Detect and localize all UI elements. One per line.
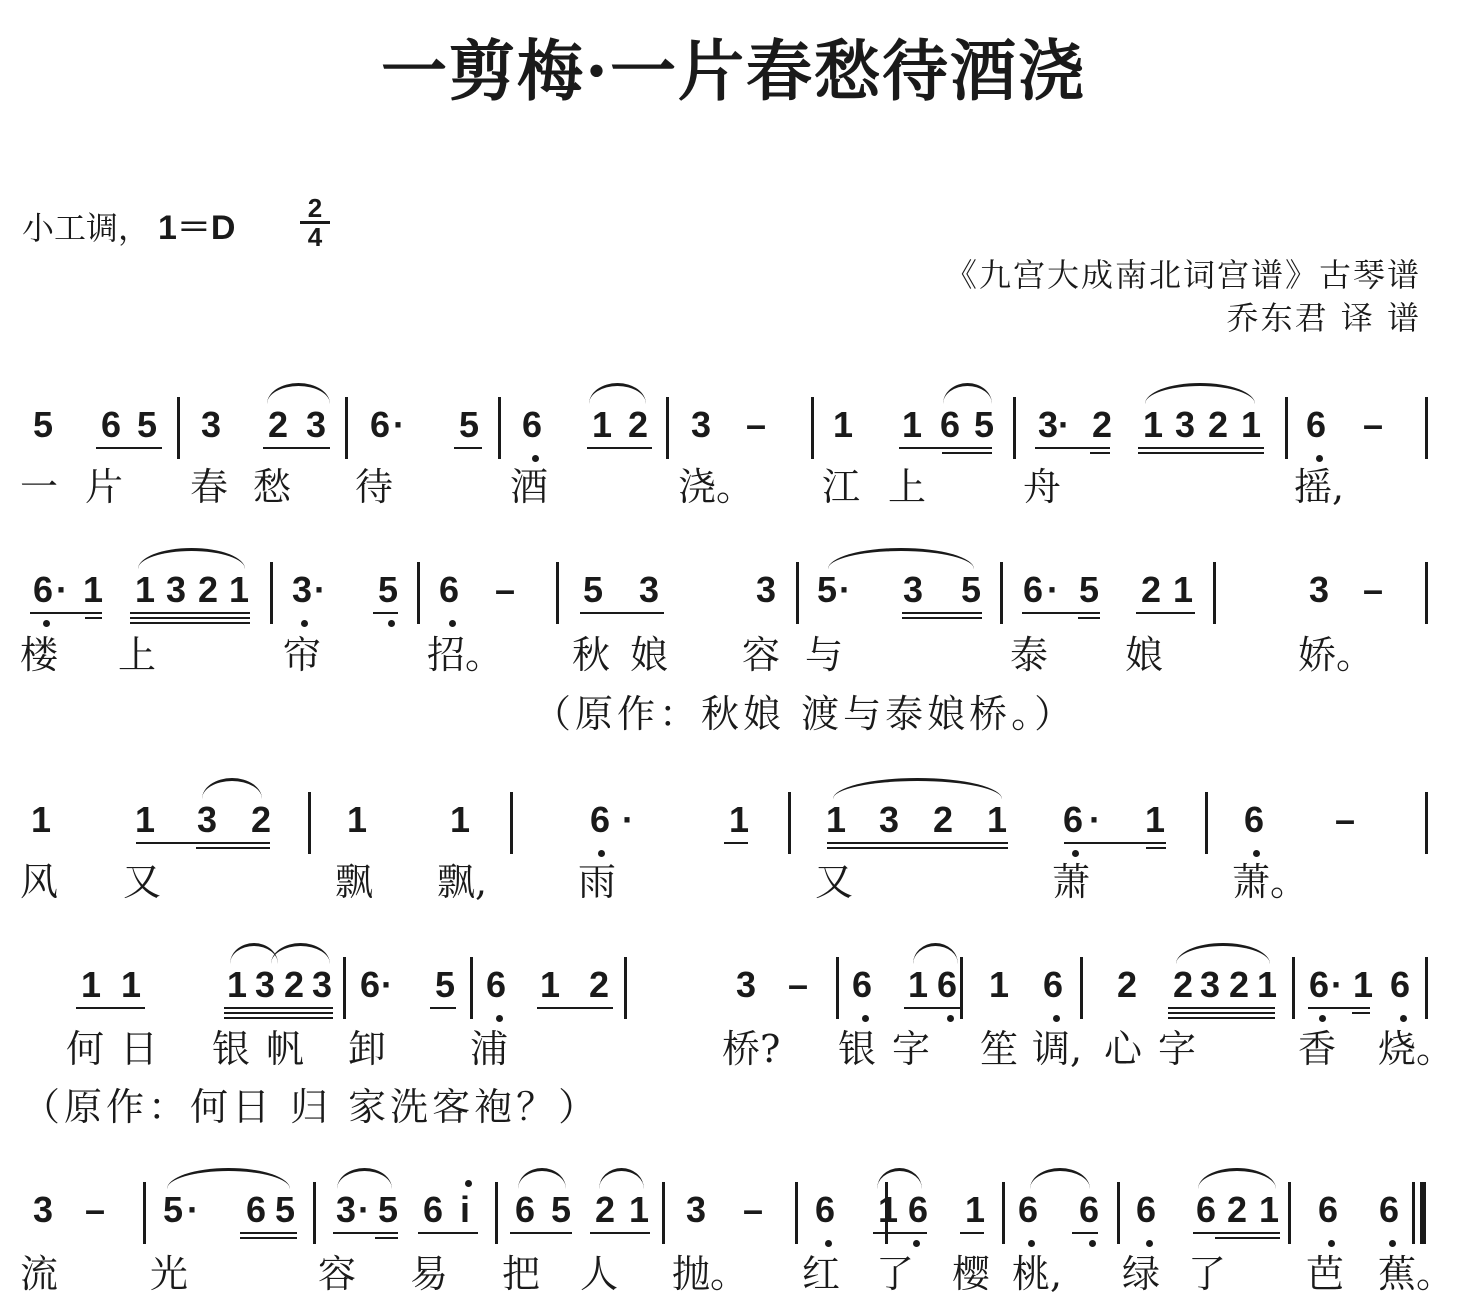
note: 3 (688, 405, 714, 445)
barline (795, 1182, 798, 1244)
note: 3 (163, 570, 189, 610)
note: 1 (905, 965, 931, 1005)
low-octave-dot (43, 620, 50, 627)
barline (143, 1182, 146, 1244)
lyric-char: 笙 (980, 1027, 1018, 1071)
augmentation-dot: · (1088, 800, 1102, 840)
note: 3 (194, 800, 220, 840)
slur-arc (589, 383, 646, 404)
note: 1 (226, 570, 252, 610)
beam-underline (30, 612, 102, 614)
lyric-char: 流 (20, 1252, 58, 1296)
beam-underline (873, 1232, 927, 1234)
lyric-char: 愁 (253, 465, 291, 509)
note: 1 (589, 405, 615, 445)
slur-arc (828, 548, 974, 569)
note: 6 (243, 1190, 269, 1230)
note: 2 (592, 1190, 618, 1230)
note: 1 (1256, 1190, 1282, 1230)
lyric-char: 心 (1104, 1027, 1142, 1071)
barline (313, 1182, 316, 1244)
note: 2 (930, 800, 956, 840)
beam-underline (1090, 452, 1110, 454)
note: 1 (132, 800, 158, 840)
note: 6 (420, 1190, 446, 1230)
note: 5 (432, 965, 458, 1005)
barline (662, 1182, 665, 1244)
note: 2 (586, 965, 612, 1005)
note: 2 (1224, 1190, 1250, 1230)
lyric-char: 把 (502, 1252, 540, 1296)
low-octave-dot (532, 455, 539, 462)
lyric-char: 萧 (1052, 860, 1090, 904)
augmentation-dot: · (1046, 570, 1060, 610)
beam-underline (960, 1232, 984, 1234)
slur-arc (913, 943, 958, 964)
lyric-char: 舟 (1023, 465, 1061, 509)
note: 6 (812, 1190, 838, 1230)
note: 5 (30, 405, 56, 445)
dash-extension: – (740, 1190, 766, 1230)
lyric-char: 风 (20, 860, 58, 904)
barline (666, 397, 669, 459)
note: 1 (823, 800, 849, 840)
low-octave-dot (449, 620, 456, 627)
lyric-char: 光 (150, 1252, 188, 1296)
note: 2 (1138, 570, 1164, 610)
note: 2 (1114, 965, 1140, 1005)
barline (1425, 562, 1428, 624)
note: 1 (626, 1190, 652, 1230)
barline (308, 792, 311, 854)
note: 3 (900, 570, 926, 610)
note: 2 (1089, 405, 1115, 445)
lyric-char: 樱 (952, 1252, 990, 1296)
note: 1 (1238, 405, 1264, 445)
lyric-char: 飘, (437, 860, 487, 904)
augmentation-dot: · (1330, 965, 1344, 1005)
beam-underline (827, 847, 1008, 849)
lyric-char: 上 (118, 633, 156, 677)
note: 3 (683, 1190, 709, 1230)
augmentation-dot: · (838, 570, 852, 610)
lyric-char: 芭 (1306, 1252, 1344, 1296)
dash-extension: – (1360, 570, 1386, 610)
barline (624, 957, 627, 1019)
barline (1292, 957, 1295, 1019)
note: 3 (289, 570, 315, 610)
note: 6 (1306, 965, 1332, 1005)
translator-credit: 乔东君 译 谱 (1227, 293, 1421, 339)
low-octave-dot (1389, 1240, 1396, 1247)
low-octave-dot (1319, 1015, 1326, 1022)
slur-arc (267, 383, 330, 404)
beam-underline (590, 1232, 650, 1234)
augmentation-dot: · (186, 1190, 200, 1230)
beam-underline (1022, 612, 1100, 614)
note: 3 (1197, 965, 1223, 1005)
slur-arc (943, 383, 992, 404)
note: 2 (1205, 405, 1231, 445)
beam-underline (85, 617, 102, 619)
lyric-char: 江 (822, 465, 860, 509)
low-octave-dot (1053, 1015, 1060, 1022)
lyric-char: 酒 (510, 465, 548, 509)
note: 1 (984, 800, 1010, 840)
note: 3 (733, 965, 759, 1005)
slur-arc (271, 943, 330, 964)
beam-underline (1168, 1012, 1275, 1014)
lyric-char: 浦 (470, 1027, 508, 1071)
note: 1 (1142, 800, 1168, 840)
lyric-char: 银 (838, 1027, 876, 1071)
note: 6 (1020, 570, 1046, 610)
barline (1000, 562, 1003, 624)
original-text-note: （原作：何日 归 家洗客袍？） (22, 1085, 600, 1129)
barline (510, 792, 513, 854)
lyric-char: 容 (742, 633, 780, 677)
augmentation-dot: · (357, 1190, 371, 1230)
note: 1 (986, 965, 1012, 1005)
note: 1 (537, 965, 563, 1005)
mode-label: 小工调， (22, 209, 150, 247)
note: 6 (1303, 405, 1329, 445)
note: 1 (447, 800, 473, 840)
note: 6 (905, 1190, 931, 1230)
note: 2 (195, 570, 221, 610)
low-octave-dot (1328, 1240, 1335, 1247)
time-signature-top: 2 (300, 196, 330, 220)
beam-underline (430, 1007, 456, 1009)
low-octave-dot (1253, 850, 1260, 857)
low-octave-dot (598, 850, 605, 857)
note: 3 (636, 570, 662, 610)
barline (177, 397, 180, 459)
dash-extension: – (743, 405, 769, 445)
beam-underline (580, 612, 664, 614)
beam-underline (1146, 847, 1166, 849)
lyric-char: 绿 (1122, 1252, 1160, 1296)
beam-underline (587, 447, 652, 449)
beam-underline (224, 1012, 333, 1014)
lyric-char: 容 (318, 1252, 356, 1296)
note: 6 (1076, 1190, 1102, 1230)
slur-arc (599, 1168, 644, 1189)
note: 3 (30, 1190, 56, 1230)
beam-underline (537, 1007, 613, 1009)
beam-underline (196, 847, 270, 849)
beam-underline (130, 612, 250, 614)
beam-underline (1168, 1007, 1275, 1009)
note: 5 (160, 1190, 186, 1230)
beam-underline (136, 842, 270, 844)
barline (1285, 397, 1288, 459)
low-octave-dot (1028, 1240, 1035, 1247)
note: 6 (587, 800, 613, 840)
barline (885, 1182, 888, 1244)
beam-underline (724, 842, 748, 844)
note: 3 (753, 570, 779, 610)
barline (1002, 1182, 1005, 1244)
beam-underline (96, 447, 162, 449)
augmentation-dot: · (1057, 405, 1071, 445)
slur-arc (1030, 1168, 1090, 1189)
note: 3 (309, 965, 335, 1005)
beam-underline (224, 1017, 333, 1019)
note: 5 (272, 1190, 298, 1230)
note: 5 (814, 570, 840, 610)
note: 6 (1315, 1190, 1341, 1230)
note: 6 (1376, 1190, 1402, 1230)
lyric-char: 雨 (578, 860, 616, 904)
note: 5 (580, 570, 606, 610)
note: 5 (958, 570, 984, 610)
beam-underline (333, 1232, 398, 1234)
dash-extension: – (492, 570, 518, 610)
lyric-char: 卸 (348, 1027, 386, 1071)
note: 6 (1040, 965, 1066, 1005)
lyric-char: 春 (190, 465, 228, 509)
barline (1213, 562, 1216, 624)
beam-underline (942, 452, 992, 454)
note: 1 (344, 800, 370, 840)
beam-underline (1215, 1237, 1280, 1239)
low-octave-dot (913, 1240, 920, 1247)
note: 5 (134, 405, 160, 445)
beam-underline (1136, 612, 1195, 614)
note: 1 (1170, 570, 1196, 610)
augmentation-dot: · (55, 570, 69, 610)
note: 1 (1254, 965, 1280, 1005)
low-octave-dot (1089, 1240, 1096, 1247)
lyric-char: 字 (892, 1027, 930, 1071)
augmentation-dot: · (621, 800, 635, 840)
note: 2 (625, 405, 651, 445)
slur-arc (1145, 383, 1255, 404)
note: 3 (198, 405, 224, 445)
time-signature: 2 4 (300, 196, 330, 249)
slur-arc (337, 1168, 392, 1189)
barline-thin (1412, 1182, 1415, 1244)
augmentation-dot: · (380, 965, 394, 1005)
beam-underline (827, 842, 1008, 844)
key-signature: 小工调，1＝D (22, 200, 235, 249)
note: 5 (375, 570, 401, 610)
note: 5 (1076, 570, 1102, 610)
slur-arc (833, 778, 1002, 799)
note: 6 (98, 405, 124, 445)
note: 3 (252, 965, 278, 1005)
lyric-char: 帆 (266, 1027, 304, 1071)
lyric-char: 秋 (572, 633, 610, 677)
augmentation-dot: · (313, 570, 327, 610)
lyric-char: 与 (805, 633, 843, 677)
note: 1 (78, 965, 104, 1005)
dash-extension: – (785, 965, 811, 1005)
low-octave-dot (1072, 850, 1079, 857)
beam-underline (240, 1237, 297, 1239)
beam-underline (1138, 452, 1264, 454)
dash-extension: – (1332, 800, 1358, 840)
slur-arc (1198, 1168, 1276, 1189)
lyric-char: 桥? (722, 1027, 780, 1071)
beam-underline (1193, 1232, 1280, 1234)
slur-arc (138, 548, 245, 569)
source-credit: 《九宫大成南北词宫谱》古琴谱 (945, 250, 1421, 296)
note: 1 (726, 800, 752, 840)
low-octave-dot (947, 1015, 954, 1022)
barline (270, 562, 273, 624)
slur-arc (1176, 943, 1270, 964)
note: 1 (830, 405, 856, 445)
note: 1 (875, 1190, 901, 1230)
barline (1080, 957, 1083, 1019)
note: 5 (548, 1190, 574, 1230)
barline (788, 792, 791, 854)
note: 6 (512, 1190, 538, 1230)
barline (556, 562, 559, 624)
beam-underline (902, 617, 982, 619)
beam-underline (904, 1007, 960, 1009)
song-title: 一剪梅·一片春愁待酒浇 (0, 18, 1467, 113)
beam-underline (240, 1232, 297, 1234)
low-octave-dot (388, 620, 395, 627)
lyric-char: 抛。 (672, 1252, 748, 1296)
low-octave-dot (496, 1015, 503, 1022)
barline (345, 397, 348, 459)
slur-arc (518, 1168, 566, 1189)
note: 3 (333, 1190, 359, 1230)
lyric-char: 银 (212, 1027, 250, 1071)
note: 3 (1306, 570, 1332, 610)
note: 6 (937, 405, 963, 445)
tonic-label: 1＝D (158, 209, 235, 247)
note: 1 (962, 1190, 988, 1230)
note: i (452, 1190, 478, 1230)
slur-arc (877, 1168, 922, 1189)
barline (811, 397, 814, 459)
lyric-char: 了 (876, 1252, 914, 1296)
note: 3 (303, 405, 329, 445)
lyric-char: 又 (123, 860, 161, 904)
low-octave-dot (1316, 455, 1323, 462)
lyric-char: 娇。 (1298, 633, 1374, 677)
beam-underline (130, 617, 250, 619)
lyric-char: 待 (355, 465, 393, 509)
low-octave-dot (1146, 1240, 1153, 1247)
lyric-char: 红 (802, 1252, 840, 1296)
beam-underline (1064, 842, 1166, 844)
lyric-char: 人 (580, 1252, 618, 1296)
beam-underline (1035, 447, 1110, 449)
note: 5 (971, 405, 997, 445)
beam-underline (76, 1007, 145, 1009)
low-octave-dot (862, 1015, 869, 1022)
barline (417, 562, 420, 624)
note: 1 (132, 570, 158, 610)
barline (1013, 397, 1016, 459)
lyric-char: 又 (815, 860, 853, 904)
lyric-char: 泰 (1010, 633, 1048, 677)
note: 6 (367, 405, 393, 445)
note: 1 (1140, 405, 1166, 445)
beam-underline (1352, 1012, 1370, 1014)
note: 1 (899, 405, 925, 445)
note: 1 (28, 800, 54, 840)
high-octave-dot (465, 1180, 472, 1187)
note: 6 (30, 570, 56, 610)
barline (960, 957, 963, 1019)
beam-underline (510, 1232, 572, 1234)
note: 1 (224, 965, 250, 1005)
note: 2 (1226, 965, 1252, 1005)
lyric-char: 何 (66, 1027, 104, 1071)
note: 5 (375, 1190, 401, 1230)
lyric-char: 桃, (1012, 1252, 1062, 1296)
low-octave-dot (301, 620, 308, 627)
lyric-char: 娘 (630, 633, 668, 677)
beam-underline (1138, 447, 1264, 449)
lyric-char: 摇, (1294, 465, 1344, 509)
lyric-char: 香 (1298, 1027, 1336, 1071)
barline (343, 957, 346, 1019)
augmentation-dot: · (392, 405, 406, 445)
beam-underline (130, 622, 250, 624)
lyric-char: 飘 (335, 860, 373, 904)
beam-underline (224, 1007, 333, 1009)
beam-underline (263, 447, 330, 449)
barline (495, 1182, 498, 1244)
lyric-char: 楼 (20, 633, 58, 677)
slur-arc (167, 1168, 290, 1189)
lyric-char: 日 (120, 1027, 158, 1071)
note: 6 (1133, 1190, 1159, 1230)
note: 5 (456, 405, 482, 445)
barline (1205, 792, 1208, 854)
lyric-char: 帘 (283, 633, 321, 677)
note: 6 (1241, 800, 1267, 840)
barline (498, 397, 501, 459)
lyric-char: 蕉。 (1378, 1252, 1454, 1296)
dash-extension: – (82, 1190, 108, 1230)
barline (1425, 397, 1428, 459)
note: 2 (265, 405, 291, 445)
dash-extension: – (1360, 405, 1386, 445)
barline (1117, 1182, 1120, 1244)
beam-underline (1072, 1232, 1098, 1234)
note: 2 (281, 965, 307, 1005)
note: 6 (1015, 1190, 1041, 1230)
note: 3 (1172, 405, 1198, 445)
note: 6 (483, 965, 509, 1005)
barline (1425, 957, 1428, 1019)
note: 2 (1170, 965, 1196, 1005)
slur-arc (202, 778, 262, 799)
note: 6 (1193, 1190, 1219, 1230)
lyric-char: 招。 (427, 633, 503, 677)
lyric-char: 烧。 (1378, 1027, 1454, 1071)
barline (836, 957, 839, 1019)
barline (1288, 1182, 1291, 1244)
note: 6 (1387, 965, 1413, 1005)
note: 3 (876, 800, 902, 840)
lyric-char: 上 (888, 465, 926, 509)
note: 2 (248, 800, 274, 840)
barline (1425, 792, 1428, 854)
beam-underline (454, 447, 482, 449)
note: 6 (934, 965, 960, 1005)
lyric-char: 字 (1158, 1027, 1196, 1071)
